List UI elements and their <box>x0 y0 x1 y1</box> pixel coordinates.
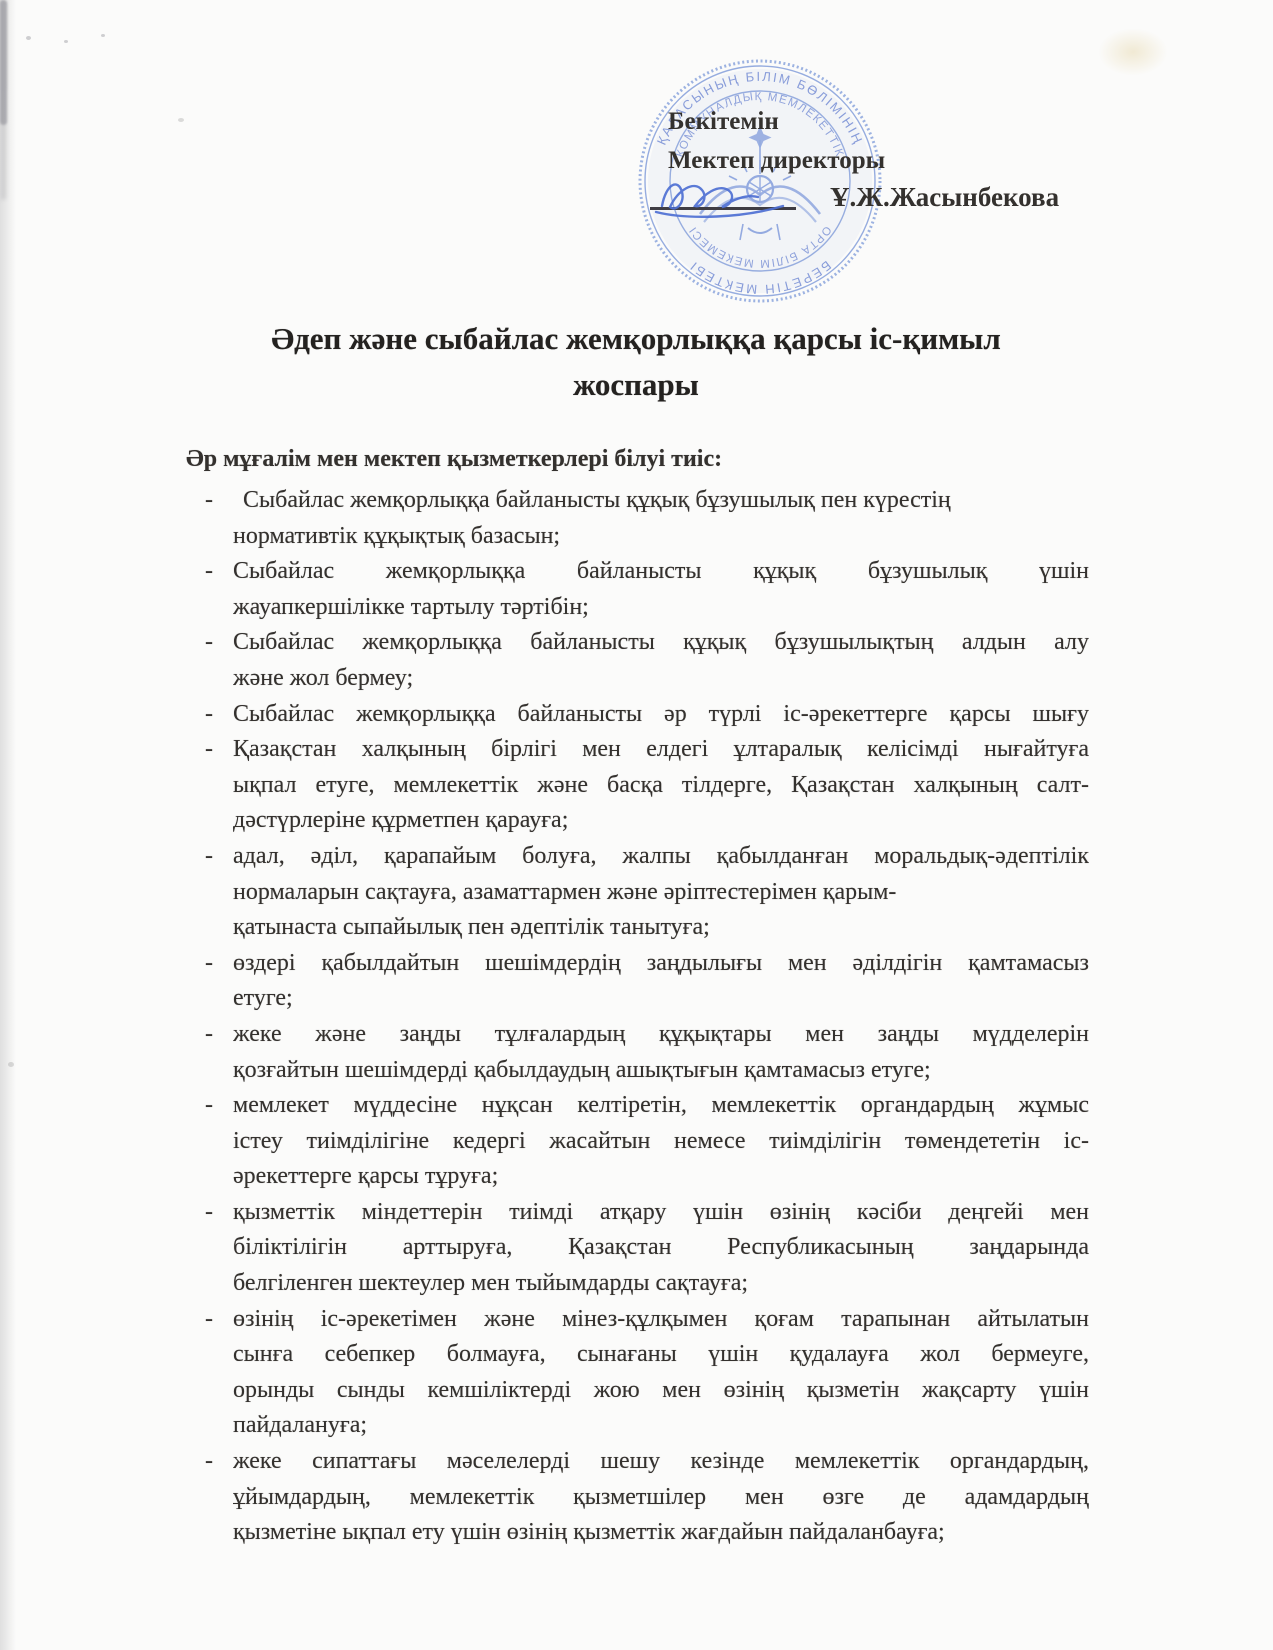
list-item: -Қазақстан халқының бірлігі мен елдегі ұ… <box>205 732 1089 839</box>
text-line: біліктілігін арттыруға, Қазақстан Респуб… <box>233 1230 1089 1266</box>
scan-edge-shadow <box>0 0 16 1650</box>
list-item: -Сыбайлас жемқорлыққа байланысты құқық б… <box>205 483 1089 554</box>
text-line: қозғайтын шешімдерді қабылдаудың ашықтығ… <box>233 1053 1089 1089</box>
list-item: -жеке сипаттағы мәселелерді шешу кезінде… <box>205 1444 1089 1551</box>
text-line: өзінің іс-әрекетімен және мінез-құлқымен… <box>233 1302 1089 1338</box>
list-bullet-dash: - <box>205 946 233 982</box>
approval-word: Бекітемін <box>668 108 779 136</box>
text-line: орынды сынды кемшіліктерді жою мен өзіні… <box>233 1373 1089 1409</box>
list-item-text: қызметтік міндеттерін тиімді атқару үшін… <box>233 1195 1089 1302</box>
list-bullet-dash: - <box>205 1444 233 1480</box>
text-line: жеке сипаттағы мәселелерді шешу кезінде … <box>233 1444 1089 1480</box>
text-line: дәстүрлеріне құрметпен қарауға; <box>233 803 1089 839</box>
title-line-1: Әдеп және сыбайлас жемқорлыққа қарсы іс-… <box>136 316 1136 362</box>
list-item: -жеке және заңды тұлғалардың құқықтары м… <box>205 1017 1089 1088</box>
list-bullet-dash: - <box>205 1017 233 1053</box>
text-line: істеу тиімділігіне кедергі жасайтын неме… <box>233 1124 1089 1160</box>
list-bullet-dash: - <box>205 839 233 875</box>
list-item-text: жеке және заңды тұлғалардың құқықтары ме… <box>233 1017 1089 1088</box>
text-line: ықпал етуге, мемлекеттік және басқа тілд… <box>233 768 1089 804</box>
list-item: -өзінің іс-әрекетімен және мінез-құлқыме… <box>205 1302 1089 1444</box>
text-line: пайдалануға; <box>233 1408 1089 1444</box>
text-line: жеке және заңды тұлғалардың құқықтары ме… <box>233 1017 1089 1053</box>
text-line: Сыбайлас жемқорлыққа байланысты құқық бұ… <box>233 483 1089 519</box>
list-bullet-dash: - <box>205 1195 233 1231</box>
text-line: жауапкершілікке тартылу тәртібін; <box>233 590 1089 626</box>
text-line: етуге; <box>233 981 1089 1017</box>
list-item: -Сыбайлас жемқорлыққа байланысты құқық б… <box>205 554 1089 625</box>
list-item: -Сыбайлас жемқорлыққа байланысты әр түрл… <box>205 697 1089 733</box>
scan-speck <box>8 1062 14 1067</box>
text-line: сынға себепкер болмауға, сынағаны үшін қ… <box>233 1337 1089 1373</box>
text-line: Сыбайлас жемқорлыққа байланысты әр түрлі… <box>233 697 1089 733</box>
list-item-text: Сыбайлас жемқорлыққа байланысты құқық бұ… <box>233 483 1089 554</box>
list-item: -адал, әділ, қарапайым болуға, жалпы қаб… <box>205 839 1089 946</box>
text-line: және жол бермеу; <box>233 661 1089 697</box>
intro-heading: Әр мұғалім мен мектеп қызметкерлері білу… <box>186 446 722 473</box>
text-line: нормативтік құқықтық базасын; <box>233 519 1089 555</box>
text-line: белгіленген шектеулер мен тыйымдарды сақ… <box>233 1266 1089 1302</box>
list-bullet-dash: - <box>205 625 233 661</box>
list-bullet-dash: - <box>205 1088 233 1124</box>
list-item-text: Қазақстан халқының бірлігі мен елдегі ұл… <box>233 732 1089 839</box>
list-item: -мемлекет мүддесіне нұқсан келтіретін, м… <box>205 1088 1089 1195</box>
list-item: -өздері қабылдайтын шешімдердің заңдылығ… <box>205 946 1089 1017</box>
list-bullet-dash: - <box>205 732 233 768</box>
list-bullet-dash: - <box>205 554 233 590</box>
text-line: өздері қабылдайтын шешімдердің заңдылығы… <box>233 946 1089 982</box>
list-item: -қызметтік міндеттерін тиімді атқару үші… <box>205 1195 1089 1302</box>
signature-icon <box>648 168 800 229</box>
list-item-text: Сыбайлас жемқорлыққа байланысты әр түрлі… <box>233 697 1089 733</box>
text-line: адал, әділ, қарапайым болуға, жалпы қабы… <box>233 839 1089 875</box>
list-bullet-dash: - <box>205 697 233 733</box>
list-item: -Сыбайлас жемқорлыққа байланысты құқық б… <box>205 625 1089 696</box>
scan-speck <box>101 34 105 37</box>
scan-speck <box>178 118 184 122</box>
list-item-text: мемлекет мүддесіне нұқсан келтіретін, ме… <box>233 1088 1089 1195</box>
text-line: әрекеттерге қарсы тұруға; <box>233 1159 1089 1195</box>
text-line: қызметтік міндеттерін тиімді атқару үшін… <box>233 1195 1089 1231</box>
document-page: ҚАЛАСЫНЫҢ БІЛІМ БӨЛІМІНІҢ БЕРЕТІН МЕКТЕБ… <box>0 0 1273 1650</box>
list-item-text: Сыбайлас жемқорлыққа байланысты құқық бұ… <box>233 554 1089 625</box>
document-title: Әдеп және сыбайлас жемқорлыққа қарсы іс-… <box>136 316 1136 408</box>
scan-speck <box>26 36 31 40</box>
text-line: қатынаста сыпайылық пен әдептілік таныту… <box>233 910 1089 946</box>
director-name: Ұ.Ж.Жасынбекова <box>830 182 1059 213</box>
list-item-text: адал, әділ, қарапайым болуға, жалпы қабы… <box>233 839 1089 946</box>
scan-smudge <box>1098 28 1168 76</box>
list-item-text: жеке сипаттағы мәселелерді шешу кезінде … <box>233 1444 1089 1551</box>
duty-list: -Сыбайлас жемқорлыққа байланысты құқық б… <box>205 483 1089 1551</box>
scan-speck <box>64 40 68 43</box>
text-line: мемлекет мүддесіне нұқсан келтіретін, ме… <box>233 1088 1089 1124</box>
list-bullet-dash: - <box>205 1302 233 1338</box>
text-line: Сыбайлас жемқорлыққа байланысты құқық бұ… <box>233 554 1089 590</box>
list-item-text: Сыбайлас жемқорлыққа байланысты құқық бұ… <box>233 625 1089 696</box>
list-item-text: өздері қабылдайтын шешімдердің заңдылығы… <box>233 946 1089 1017</box>
text-line: Сыбайлас жемқорлыққа байланысты құқық бұ… <box>233 625 1089 661</box>
text-line: нормаларын сақтауға, азаматтармен және ә… <box>233 875 1089 911</box>
list-item-text: өзінің іс-әрекетімен және мінез-құлқымен… <box>233 1302 1089 1444</box>
text-line: Қазақстан халқының бірлігі мен елдегі ұл… <box>233 732 1089 768</box>
text-line: ұйымдардың, мемлекеттік қызметшілер мен … <box>233 1480 1089 1516</box>
text-line: қызметіне ықпал ету үшін өзінің қызметті… <box>233 1515 1089 1551</box>
scan-mark <box>0 0 5 90</box>
list-bullet-dash: - <box>205 483 233 519</box>
title-line-2: жоспары <box>136 362 1136 408</box>
